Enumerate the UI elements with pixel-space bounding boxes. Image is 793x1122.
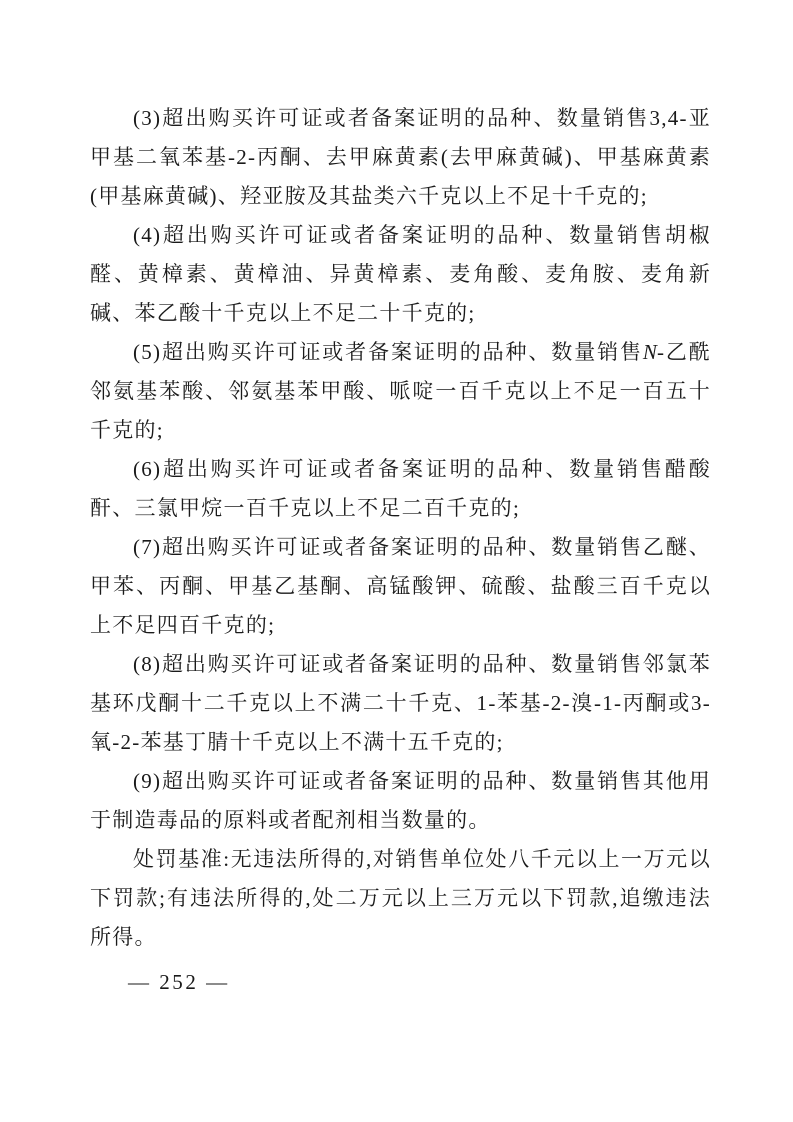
paragraph: (8)超出购买许可证或者备案证明的品种、数量销售邻氯苯基环戊酮十二千克以上不满二…	[90, 645, 711, 762]
paragraph: (7)超出购买许可证或者备案证明的品种、数量销售乙醚、甲苯、丙酮、甲基乙基酮、高…	[90, 528, 711, 645]
paragraph: (6)超出购买许可证或者备案证明的品种、数量销售醋酸酐、三氯甲烷一百千克以上不足…	[90, 450, 711, 528]
paragraph: (9)超出购买许可证或者备案证明的品种、数量销售其他用于制造毒品的原料或者配剂相…	[90, 762, 711, 840]
italic-chemical-prefix: N	[643, 340, 657, 364]
text-run: 处罚基准:无违法所得的,对销售单位处八千元以上一万元以下罚款;有违法所得的,处二…	[90, 847, 711, 949]
text-run: (8)超出购买许可证或者备案证明的品种、数量销售邻氯苯基环戊酮十二千克以上不满二…	[90, 652, 711, 754]
paragraph: (4)超出购买许可证或者备案证明的品种、数量销售胡椒醛、黄樟素、黄樟油、异黄樟素…	[90, 216, 711, 333]
paragraph: (3)超出购买许可证或者备案证明的品种、数量销售3,4-亚甲基二氧苯基-2-丙酮…	[90, 99, 711, 216]
text-run: (4)超出购买许可证或者备案证明的品种、数量销售胡椒醛、黄樟素、黄樟油、异黄樟素…	[90, 223, 711, 325]
body-text: (3)超出购买许可证或者备案证明的品种、数量销售3,4-亚甲基二氧苯基-2-丙酮…	[90, 99, 711, 957]
text-run: (6)超出购买许可证或者备案证明的品种、数量销售醋酸酐、三氯甲烷一百千克以上不足…	[90, 457, 711, 520]
text-run: (5)超出购买许可证或者备案证明的品种、数量销售	[133, 340, 643, 364]
page-number: — 252 —	[128, 970, 230, 995]
paragraph: (5)超出购买许可证或者备案证明的品种、数量销售N-乙酰邻氨基苯酸、邻氨基苯甲酸…	[90, 333, 711, 450]
text-run: (9)超出购买许可证或者备案证明的品种、数量销售其他用于制造毒品的原料或者配剂相…	[90, 769, 711, 832]
text-run: (3)超出购买许可证或者备案证明的品种、数量销售3,4-亚甲基二氧苯基-2-丙酮…	[90, 106, 711, 208]
paragraph: 处罚基准:无违法所得的,对销售单位处八千元以上一万元以下罚款;有违法所得的,处二…	[90, 840, 711, 957]
text-run: (7)超出购买许可证或者备案证明的品种、数量销售乙醚、甲苯、丙酮、甲基乙基酮、高…	[90, 535, 711, 637]
document-page: (3)超出购买许可证或者备案证明的品种、数量销售3,4-亚甲基二氧苯基-2-丙酮…	[0, 0, 793, 1122]
